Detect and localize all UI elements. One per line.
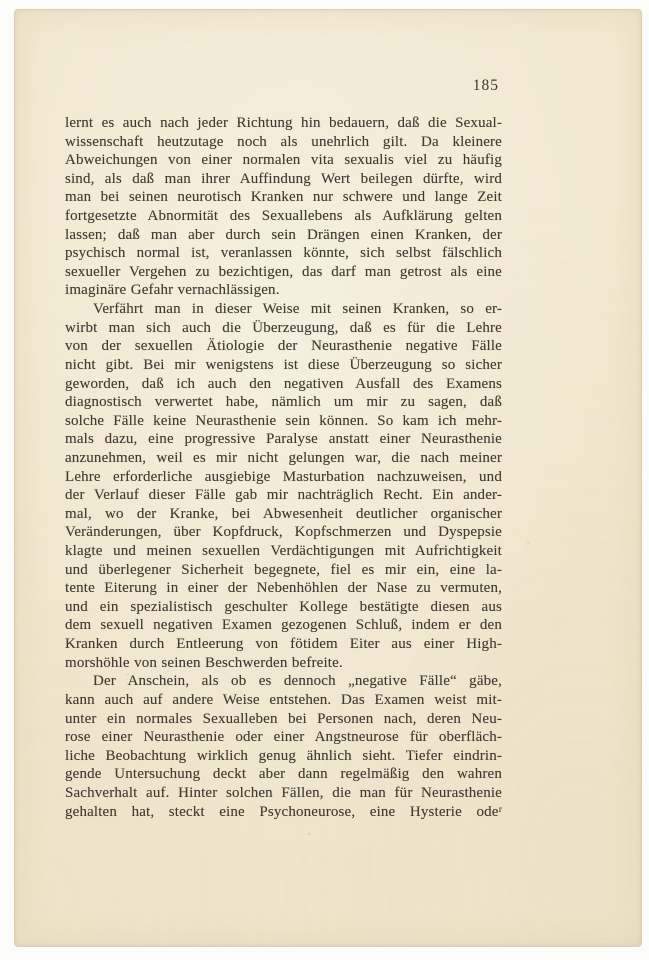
text-line: lernt es auch nach jeder Richtung hin be… [65, 114, 502, 133]
text-line: klagte und meinen sexuellen Verdächtigun… [65, 542, 502, 561]
text-line: solche Fälle keine Neurasthenie sein kön… [65, 412, 502, 431]
text-line: rose einer Neurasthenie oder einer Angst… [65, 728, 502, 747]
text-line: Sachverhalt auf. Hinter solchen Fällen, … [65, 784, 502, 803]
text-line: Abweichungen von einer normalen vita sex… [65, 151, 502, 170]
text-line: diagnostisch verwertet habe, nämlich um … [65, 393, 502, 412]
text-line: Verfährt man in dieser Weise mit seinen … [65, 300, 502, 319]
text-line: sind, als daß man ihrer Auffindung Wert … [65, 170, 502, 189]
paragraph: Verfährt man in dieser Weise mit seinen … [65, 300, 502, 672]
page-number: 185 [15, 77, 499, 95]
text-line: psychisch normal ist, veranlassen könnte… [65, 244, 502, 263]
text-line: von der sexuellen Ätiologie der Neurasth… [65, 337, 502, 356]
text-line: man bei seinen neurotisch Kranken nur sc… [65, 188, 502, 207]
text-line: dem sexuell negativen Examen gezogenen S… [65, 616, 502, 635]
text-line: morshöhle von seinen Beschwerden befreit… [65, 654, 502, 673]
text-line: fortgesetzte Abnormität des Sexuallebens… [65, 207, 502, 226]
text-line: Kranken durch Entleerung von fötidem Eit… [65, 635, 502, 654]
text-line: Veränderungen, über Kopfdruck, Kopfschme… [65, 523, 502, 542]
text-line: nicht gibt. Bei mir wenigstens ist diese… [65, 356, 502, 375]
text-line: unter ein normales Sexualleben bei Perso… [65, 710, 502, 729]
text-line: mal, wo der Kranke, bei Abwesenheit deut… [65, 505, 502, 524]
text-line: und ein spezialistisch geschulter Kolleg… [65, 598, 502, 617]
text-line: gehalten hat, steckt eine Psychoneurose,… [65, 803, 502, 822]
text-line: Lehre erforderliche ausgiebige Masturbat… [65, 468, 502, 487]
text-line: gende Untersuchung deckt aber dann regel… [65, 765, 502, 784]
paragraph: Der Anschein, als ob es dennoch „negativ… [65, 672, 502, 821]
text-line: der Verlauf dieser Fälle gab mir nachträ… [65, 486, 502, 505]
text-line: kann auch auf andere Weise entstehen. Da… [65, 691, 502, 710]
text-line: wirbt man sich auch die Überzeugung, daß… [65, 319, 502, 338]
text-line: lassen; daß man aber durch sein Drängen … [65, 226, 502, 245]
text-line: sexueller Vergehen zu bezichtigen, das d… [65, 263, 502, 282]
text-line: tente Eiterung in einer der Nebenhöhlen … [65, 579, 502, 598]
text-line: liche Beobachtung wirklich genug ähnlich… [65, 747, 502, 766]
text-line: imaginäre Gefahr vernachlässigen. [65, 281, 502, 300]
text-line: mals dazu, eine progressive Paralyse ans… [65, 430, 502, 449]
text-line: Der Anschein, als ob es dennoch „negativ… [65, 672, 502, 691]
text-line: anzunehmen, weil es mir nicht gelungen w… [65, 449, 502, 468]
book-page: 185 lernt es auch nach jeder Richtung hi… [14, 9, 642, 947]
text-line: wissenschaft heutzutage noch als unehrli… [65, 133, 502, 152]
paragraph: lernt es auch nach jeder Richtung hin be… [65, 114, 502, 300]
text-line: und überlegener Sicherheit begegnete, fi… [65, 561, 502, 580]
text-line: geworden, daß ich auch den negativen Aus… [65, 375, 502, 394]
text-block: lernt es auch nach jeder Richtung hin be… [65, 114, 502, 821]
